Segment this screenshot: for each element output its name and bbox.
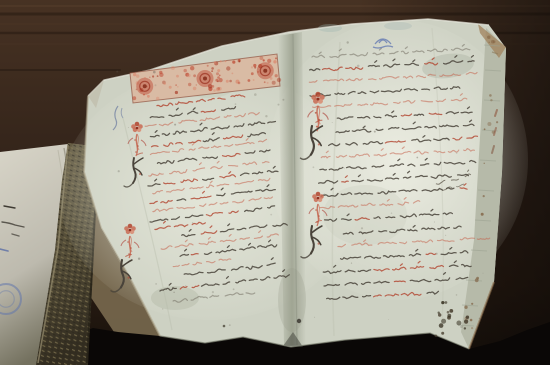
fore-edge-speck [483, 195, 485, 197]
headpiece-mottle [260, 56, 264, 60]
speck [314, 317, 315, 318]
headpiece-mottle [216, 87, 220, 91]
fore-edge-speck [487, 36, 490, 39]
headpiece-mottle [219, 78, 223, 82]
headpiece-mottle [232, 73, 234, 75]
speck [460, 325, 463, 328]
headpiece-mottle [214, 61, 217, 64]
fore-edge-speck [476, 277, 479, 280]
speck [233, 288, 235, 290]
ink-spot [447, 314, 451, 318]
speck [374, 131, 376, 133]
speck [357, 65, 360, 68]
headpiece-mottle [171, 66, 175, 70]
fore-edge-speck [464, 306, 467, 309]
fore-edge-speck [484, 128, 486, 130]
headpiece-mottle [136, 74, 139, 77]
headpiece-mottle [217, 69, 220, 72]
headpiece-mottle [133, 73, 136, 76]
speck [344, 168, 345, 169]
headpiece-mottle [254, 67, 256, 69]
fore-edge-speck [470, 319, 473, 322]
headpiece-mottle [220, 60, 222, 62]
speck [118, 170, 120, 172]
headpiece-mottle [272, 81, 276, 85]
headpiece-mottle [238, 82, 241, 85]
headpiece-mottle [248, 79, 251, 82]
speck [416, 157, 418, 159]
speck [233, 228, 235, 230]
headpiece-mottle [157, 75, 159, 77]
speck [436, 253, 438, 255]
manuscript-photo [0, 0, 550, 365]
headpiece-mottle [169, 86, 172, 89]
ink-spot [441, 301, 444, 304]
headpiece-mottle [226, 66, 230, 70]
speck [270, 214, 272, 216]
fore-edge-speck [490, 99, 492, 101]
speck [155, 283, 157, 285]
headpiece-mottle [211, 70, 213, 72]
rosette-center [203, 77, 207, 81]
headpiece-mottle [152, 75, 154, 77]
headpiece-mottle [196, 84, 197, 85]
headpiece-mottle [219, 75, 221, 77]
speck [153, 71, 156, 74]
headpiece-mottle [156, 97, 159, 100]
fore-edge-speck [496, 121, 498, 123]
speck [162, 308, 163, 309]
headpiece-mottle [147, 95, 150, 98]
fore-edge-speck [481, 213, 484, 216]
ink-spot [438, 312, 440, 314]
headpiece-mottle [193, 74, 196, 77]
headpiece-mottle [225, 60, 227, 62]
speck [128, 127, 129, 128]
ink-spot [297, 319, 301, 323]
headpiece-mottle [216, 72, 219, 75]
ink-spot [447, 311, 450, 314]
headpiece-mottle [264, 81, 266, 83]
speck [174, 124, 176, 126]
headpiece-mottle [149, 77, 151, 79]
headpiece-mottle [164, 82, 166, 84]
headpiece-mottle [267, 59, 271, 63]
headpiece-mottle [253, 64, 256, 67]
headpiece-mottle [215, 79, 218, 82]
headpiece-mottle [229, 80, 232, 83]
fore-edge-speck [487, 122, 491, 126]
headpiece-mottle [275, 74, 278, 77]
headpiece-mottle [267, 82, 269, 84]
headpiece-mottle [187, 74, 191, 78]
speck [479, 318, 480, 319]
speck [254, 93, 257, 96]
speck [105, 284, 106, 285]
headpiece-mottle [177, 86, 179, 88]
headpiece-mottle [211, 85, 214, 88]
headpiece-mottle [211, 67, 214, 70]
speck [212, 291, 214, 293]
headpiece-mottle [175, 84, 177, 86]
rosette-center [143, 84, 147, 88]
speck [450, 125, 452, 127]
ink-spot [441, 319, 446, 324]
ink-spot [435, 335, 438, 338]
ink-spot [441, 332, 444, 335]
speck [229, 324, 231, 326]
speck [173, 292, 174, 293]
fore-edge-speck [488, 42, 490, 44]
speck [456, 294, 458, 296]
fore-edge-speck [471, 327, 473, 329]
headpiece-mottle [176, 75, 179, 78]
ink-spot [464, 320, 468, 324]
speck [483, 273, 484, 274]
speck [445, 235, 446, 236]
ink-spot [223, 325, 226, 328]
ink-spot [449, 309, 453, 313]
speck [456, 153, 457, 154]
headpiece-mottle [175, 91, 178, 94]
headpiece-mottle [184, 69, 187, 72]
headpiece-mottle [188, 83, 191, 86]
speck [388, 319, 389, 320]
headpiece-mottle [159, 71, 162, 74]
fore-edge-speck [471, 303, 473, 305]
ink-spot [439, 323, 444, 328]
speck [265, 115, 267, 117]
ink-spot [464, 327, 466, 329]
speck [361, 227, 363, 229]
headpiece-mottle [207, 65, 209, 67]
headpiece-mottle [273, 60, 276, 63]
headpiece-mottle [232, 61, 235, 64]
headpiece-mottle [239, 61, 241, 63]
headpiece-mottle [263, 59, 265, 61]
headpiece-mottle [251, 66, 253, 68]
speck [391, 212, 393, 214]
speck [185, 285, 186, 286]
speck [347, 41, 349, 43]
speck [282, 99, 284, 101]
headpiece-mottle [193, 87, 197, 91]
headpiece-mottle [253, 79, 255, 81]
headpiece-mottle [251, 72, 254, 75]
speck [155, 84, 157, 86]
speck [324, 194, 326, 196]
speck [313, 166, 315, 168]
speck [138, 258, 140, 260]
headpiece-mottle [190, 66, 194, 70]
photo-of-manuscript [0, 0, 550, 365]
speck [332, 122, 333, 123]
speck [116, 71, 118, 73]
ink-spot [456, 321, 461, 326]
headpiece-mottle [226, 80, 229, 83]
ink-spot [445, 301, 448, 304]
fore-edge-speck [484, 163, 485, 164]
fore-edge-speck [491, 40, 495, 44]
speck [235, 103, 237, 105]
speck [278, 104, 280, 106]
speck [192, 222, 194, 224]
rosette-center [263, 69, 267, 73]
speck [351, 263, 352, 264]
speck [434, 222, 435, 223]
headpiece-mottle [277, 78, 281, 82]
headpiece-mottle [213, 89, 216, 92]
headpiece-mottle [132, 96, 136, 100]
fore-edge-speck [489, 94, 492, 97]
headpiece-mottle [275, 57, 277, 59]
ink-spot [466, 316, 469, 319]
speck [379, 280, 380, 281]
